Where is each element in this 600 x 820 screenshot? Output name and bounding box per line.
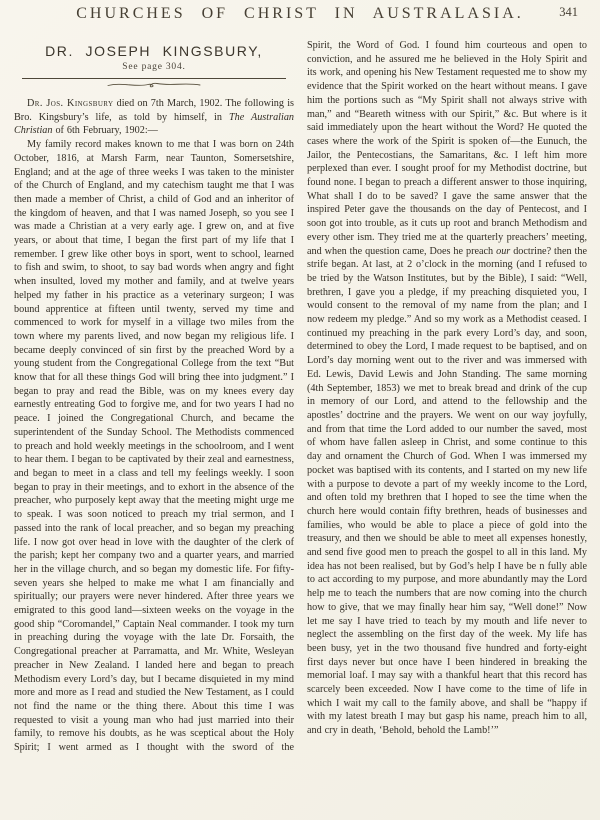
emphasized-word: our (496, 246, 510, 257)
left-column-body: My family record makes known to me that … (14, 138, 294, 755)
right-body-part1: Spirit, the Word of God. I found him cou… (307, 40, 587, 257)
right-column-body: Spirit, the Word of God. I found him cou… (307, 39, 587, 738)
page-number: 341 (559, 5, 578, 20)
intro-paragraph: Dr. Jos. Kingsbury died on 7th March, 19… (14, 97, 294, 138)
right-column: Spirit, the Word of God. I found him cou… (307, 39, 587, 755)
subject-name: Dr. Jos. Kingsbury (27, 98, 113, 109)
book-page: CHURCHES OF CHRIST IN AUSTRALASIA. 341 D… (0, 0, 600, 820)
running-header: CHURCHES OF CHRIST IN AUSTRALASIA. 341 (0, 0, 600, 31)
text-columns: DR. JOSEPH KINGSBURY, See page 304. Dr. … (0, 31, 600, 755)
heading-rule (22, 78, 285, 79)
left-column: DR. JOSEPH KINGSBURY, See page 304. Dr. … (14, 39, 294, 755)
intro-text-tail: of 6th February, 1902:— (53, 125, 158, 136)
see-page-reference: See page 304. (14, 62, 294, 72)
flourish-ornament-icon (106, 80, 202, 89)
right-body-part2: doctrine? then the strife began. At last… (307, 246, 587, 737)
article-title: DR. JOSEPH KINGSBURY, (14, 43, 294, 59)
running-header-title: CHURCHES OF CHRIST IN AUSTRALASIA. (76, 5, 524, 22)
article-heading: DR. JOSEPH KINGSBURY, See page 304. (14, 43, 294, 89)
